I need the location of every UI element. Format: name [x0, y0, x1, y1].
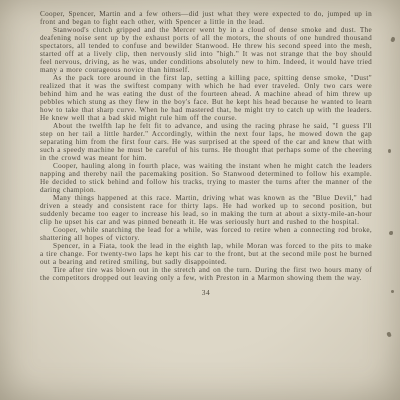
scan-speck [388, 149, 391, 153]
paragraph: Cooper, hauling along in fourth place, w… [40, 162, 372, 194]
scan-speck [390, 36, 396, 42]
scan-speck [386, 331, 391, 337]
scanned-book-page: Cooper, Spencer, Martin and a few others… [0, 0, 400, 400]
scan-speck [389, 231, 393, 235]
page-number: 34 [40, 288, 372, 297]
paragraph: Cooper, Spencer, Martin and a few others… [40, 10, 372, 26]
paragraph: Stanwood's clutch gripped and the Mercer… [40, 26, 372, 74]
paragraph: Spencer, in a Fiata, took the lead in th… [40, 242, 372, 266]
paragraph: About the twelfth lap he felt fit to adv… [40, 122, 372, 162]
scan-speck [391, 290, 394, 293]
paragraph: As the pack tore around in the first lap… [40, 74, 372, 122]
paragraph: Many things happened at this race. Marti… [40, 194, 372, 226]
paragraph: Tire after tire was blown out in the str… [40, 266, 372, 282]
page-text-block: Cooper, Spencer, Martin and a few others… [40, 10, 372, 297]
paragraph: Cooper, while snatching the lead for a w… [40, 226, 372, 242]
